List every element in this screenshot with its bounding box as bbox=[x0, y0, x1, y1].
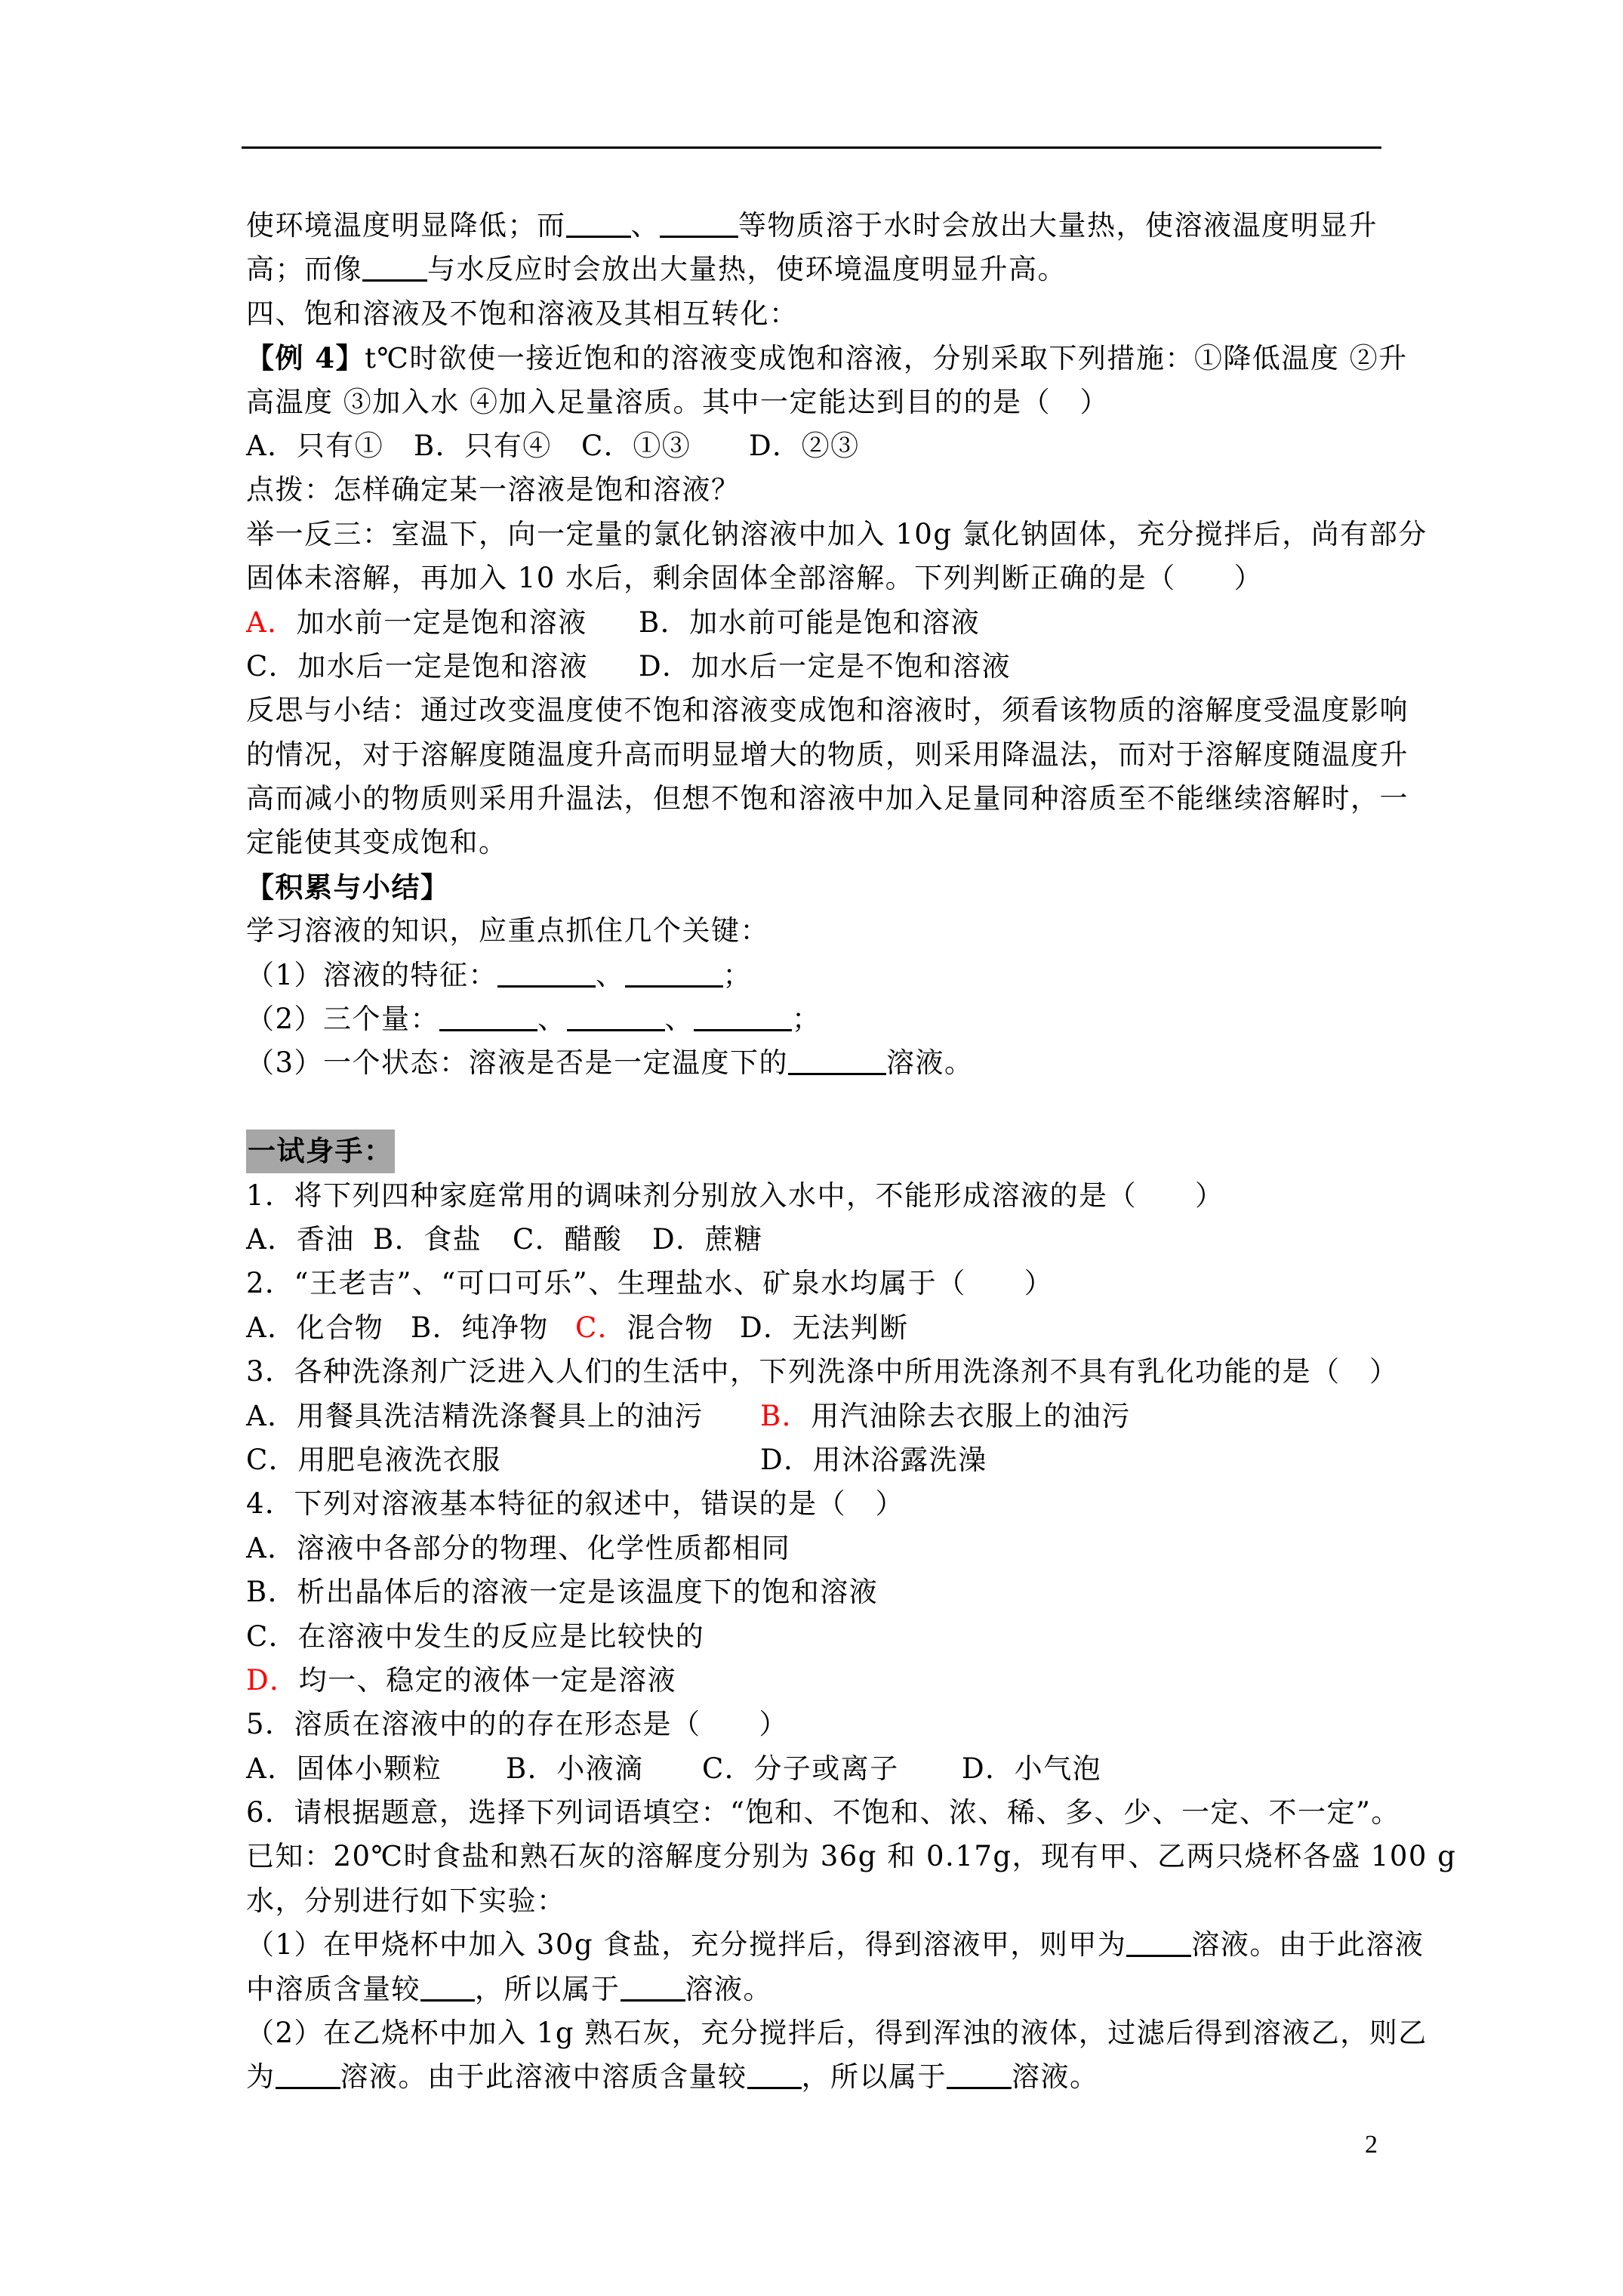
option-label: C． bbox=[246, 1444, 297, 1476]
option-text: 加水后一定是不饱和溶液 bbox=[691, 650, 1012, 683]
option-text: 香油 bbox=[297, 1223, 355, 1256]
summary-intro: 学习溶液的知识，应重点抓住几个关键： bbox=[246, 909, 1401, 953]
option-text: 用肥皂液洗衣服 bbox=[297, 1444, 501, 1476]
fill-blank[interactable] bbox=[439, 1005, 537, 1031]
fill-blank[interactable] bbox=[947, 2063, 1012, 2089]
spacer bbox=[246, 1086, 1401, 1130]
fill-blank[interactable] bbox=[788, 1049, 886, 1075]
option-text: 混合物 bbox=[627, 1311, 714, 1344]
option-c[interactable]: C．加水后一定是饱和溶液 bbox=[246, 645, 639, 689]
question-stem: 3．各种洗涤剂广泛进入人们的生活中，下列洗涤中所用洗涤剂不具有乳化功能的是（ ） bbox=[246, 1350, 1401, 1394]
option-row[interactable]: D．均一、稳定的液体一定是溶液 bbox=[246, 1659, 1401, 1703]
option-row: A．用餐具洗洁精洗涤餐具上的油污B．用汽油除去衣服上的油污 bbox=[246, 1395, 1401, 1438]
fill-blank[interactable] bbox=[747, 2063, 802, 2089]
option-row: C．加水后一定是饱和溶液D．加水后一定是不饱和溶液 bbox=[246, 645, 1401, 689]
option-text: 纯净物 bbox=[461, 1311, 549, 1344]
option-row[interactable]: B．析出晶体后的溶液一定是该温度下的饱和溶液 bbox=[246, 1570, 1401, 1614]
text: 使环境温度明显降低；而 bbox=[246, 209, 566, 242]
option-row: A．固体小颗粒B．小液滴C．分子或离子D．小气泡 bbox=[246, 1747, 1401, 1791]
option-b[interactable]: B．小液滴 bbox=[506, 1747, 702, 1791]
fill-blank[interactable] bbox=[694, 1005, 792, 1031]
option-d[interactable]: D．用沐浴露洗澡 bbox=[760, 1438, 987, 1482]
question-stem: 1．将下列四种家庭常用的调味剂分别放入水中，不能形成溶液的是（ ） bbox=[246, 1174, 1401, 1218]
option-a[interactable]: A．固体小颗粒 bbox=[246, 1747, 506, 1791]
option-label: B． bbox=[373, 1223, 423, 1256]
text: （3）一个状态：溶液是否是一定温度下的 bbox=[246, 1046, 788, 1079]
option-b[interactable]: B．用汽油除去衣服上的油污 bbox=[760, 1395, 1131, 1438]
option-label: A． bbox=[246, 1311, 297, 1344]
option-a[interactable]: A．加水前一定是饱和溶液 bbox=[246, 601, 639, 645]
option-text: 固体小颗粒 bbox=[297, 1752, 442, 1785]
text: 溶液。由于此溶液 bbox=[1191, 1928, 1424, 1961]
option-a[interactable]: A．化合物 bbox=[246, 1306, 411, 1350]
option-label-correct: D． bbox=[246, 1664, 299, 1697]
fill-blank[interactable] bbox=[1126, 1931, 1191, 1957]
option-a[interactable]: A．香油 bbox=[246, 1218, 373, 1262]
option-row[interactable]: A．溶液中各部分的物理、化学性质都相同 bbox=[246, 1527, 1401, 1570]
text: 中溶质含量较 bbox=[246, 1973, 420, 2005]
reflection-line: 高而减小的物质则采用升温法，但想不饱和溶液中加入足量同种溶质至不能继续溶解时，一 bbox=[246, 777, 1401, 821]
text: （1）溶液的特征： bbox=[246, 959, 497, 991]
text: 高；而像 bbox=[246, 253, 362, 285]
option-text: 用沐浴露洗澡 bbox=[813, 1444, 987, 1476]
option-text: 加水前一定是饱和溶液 bbox=[297, 606, 587, 639]
option-label: B． bbox=[246, 1576, 297, 1608]
option-label: A． bbox=[246, 1400, 297, 1432]
paragraph-line: 使环境温度明显降低；而、等物质溶于水时会放出大量热，使溶液温度明显升 bbox=[246, 204, 1401, 248]
example-line: 高温度 ③加入水 ④加入足量溶质。其中一定能达到目的的是（ ） bbox=[246, 381, 1401, 424]
text: 、 bbox=[596, 959, 625, 991]
paragraph-line: 高；而像与水反应时会放出大量热，使环境温度明显升高。 bbox=[246, 248, 1401, 291]
text: 、 bbox=[631, 209, 661, 242]
fill-blank[interactable] bbox=[420, 1975, 475, 2002]
header-rule bbox=[242, 146, 1381, 149]
option-label: C． bbox=[702, 1752, 753, 1785]
summary-item: （3）一个状态：溶液是否是一定温度下的溶液。 bbox=[246, 1041, 1401, 1085]
example-tag: 【例 4】 bbox=[246, 341, 365, 374]
fill-blank[interactable] bbox=[362, 255, 427, 282]
reflection-line: 定能使其变成饱和。 bbox=[246, 821, 1401, 864]
option-label: C． bbox=[246, 1620, 297, 1653]
practice-line: 固体未溶解，再加入 10 水后，剩余固体全部溶解。下列判断正确的是（ ） bbox=[246, 556, 1401, 600]
option-text: 只有① bbox=[297, 430, 384, 462]
question-stem: 4．下列对溶液基本特征的叙述中，错误的是（ ） bbox=[246, 1482, 1401, 1526]
fill-blank[interactable] bbox=[276, 2063, 340, 2089]
reflection-line: 反思与小结：通过改变温度使不饱和溶液变成饱和溶液时，须看该物质的溶解度受温度影响 bbox=[246, 689, 1401, 732]
text: 与水反应时会放出大量热，使环境温度明显升高。 bbox=[427, 253, 1067, 285]
option-d[interactable]: D．小气泡 bbox=[962, 1747, 1101, 1791]
option-label: A． bbox=[246, 1752, 297, 1785]
option-row: A．化合物B．纯净物C．混合物D．无法判断 bbox=[246, 1306, 1401, 1350]
option-text: ②③ bbox=[802, 430, 860, 462]
option-label: D． bbox=[962, 1752, 1015, 1785]
option-text: 用汽油除去衣服上的油污 bbox=[811, 1400, 1131, 1432]
fill-blank[interactable] bbox=[567, 1005, 665, 1031]
option-text: 在溶液中发生的反应是比较快的 bbox=[297, 1620, 704, 1653]
option-c[interactable]: C．混合物 bbox=[575, 1306, 740, 1350]
option-row: A．加水前一定是饱和溶液B．加水前可能是饱和溶液 bbox=[246, 601, 1401, 645]
summary-item: （1）溶液的特征：、； bbox=[246, 954, 1401, 997]
practice-line: 举一反三：室温下，向一定量的氯化钠溶液中加入 10g 氯化钠固体，充分搅拌后，尚… bbox=[246, 513, 1401, 556]
option-d[interactable]: D．加水后一定是不饱和溶液 bbox=[639, 645, 1011, 689]
option-label: D． bbox=[749, 430, 802, 462]
text: t℃时欲使一接近饱和的溶液变成饱和溶液，分别采取下列措施：①降低温度 ②升 bbox=[365, 342, 1408, 374]
option-text: 无法判断 bbox=[793, 1311, 909, 1344]
hint-line: 点拨：怎样确定某一溶液是饱和溶液？ bbox=[246, 468, 1401, 512]
option-row[interactable]: C．在溶液中发生的反应是比较快的 bbox=[246, 1615, 1401, 1659]
option-d[interactable]: D．无法判断 bbox=[740, 1306, 909, 1350]
text: 溶液。由于此溶液中溶质含量较 bbox=[340, 2060, 747, 2093]
question-stem: 6．请根据题意，选择下列词语填空：“饱和、不饱和、浓、稀、多、少、一定、不一定”… bbox=[246, 1791, 1401, 1835]
option-label: A． bbox=[246, 430, 297, 462]
question-part: 为溶液。由于此溶液中溶质含量较，所以属于溶液。 bbox=[246, 2055, 1401, 2099]
option-a[interactable]: A．只有① bbox=[246, 424, 414, 468]
option-label: C． bbox=[581, 430, 633, 462]
reflection-line: 的情况，对于溶解度随温度升高而明显增大的物质，则采用降温法，而对于溶解度随温度升 bbox=[246, 733, 1401, 777]
page-number: 2 bbox=[1365, 2131, 1378, 2159]
option-c[interactable]: C．用肥皂液洗衣服 bbox=[246, 1438, 760, 1482]
option-text: 只有④ bbox=[464, 430, 552, 462]
question-given: 水，分别进行如下实验： bbox=[246, 1879, 1401, 1923]
fill-blank[interactable] bbox=[660, 211, 738, 238]
option-text: 溶液中各部分的物理、化学性质都相同 bbox=[297, 1532, 791, 1564]
question-stem: 5．溶质在溶液中的的存在形态是（ ） bbox=[246, 1703, 1401, 1746]
text: ，所以属于 bbox=[475, 1973, 621, 2005]
question-part: （1）在甲烧杯中加入 30g 食盐，充分搅拌后，得到溶液甲，则甲为溶液。由于此溶… bbox=[246, 1923, 1401, 1967]
option-row: A．香油B．食盐C．醋酸D．蔗糖 bbox=[246, 1218, 1401, 1262]
option-label: B． bbox=[506, 1752, 556, 1785]
option-b[interactable]: B．只有④ bbox=[414, 424, 581, 468]
text: 溶液。 bbox=[685, 1973, 773, 2005]
text: ，所以属于 bbox=[802, 2060, 947, 2093]
option-label: B． bbox=[639, 606, 689, 639]
option-text: 小液滴 bbox=[556, 1752, 644, 1785]
text: 等物质溶于水时会放出大量热，使溶液温度明显升 bbox=[738, 209, 1378, 242]
option-label: B． bbox=[411, 1311, 461, 1344]
question-given: 已知：20℃时食盐和熟石灰的溶解度分别为 36g 和 0.17g，现有甲、乙两只… bbox=[246, 1835, 1401, 1878]
text: ； bbox=[723, 959, 753, 991]
option-label: D． bbox=[760, 1444, 813, 1476]
summary-item: （2）三个量：、、； bbox=[246, 997, 1401, 1041]
fill-blank[interactable] bbox=[621, 1975, 685, 2002]
option-text: 醋酸 bbox=[564, 1223, 622, 1256]
text: 溶液。 bbox=[886, 1046, 974, 1079]
fill-blank[interactable] bbox=[566, 211, 631, 238]
text: 、 bbox=[537, 1003, 567, 1035]
option-c[interactable]: C．分子或离子 bbox=[702, 1747, 962, 1791]
option-label-correct: A． bbox=[246, 606, 297, 639]
option-label: C． bbox=[513, 1223, 564, 1256]
example-line: 【例 4】t℃时欲使一接近饱和的溶液变成饱和溶液，分别采取下列措施：①降低温度 … bbox=[246, 336, 1401, 380]
option-c[interactable]: C．①③ bbox=[581, 424, 749, 468]
option-text: 析出晶体后的溶液一定是该温度下的饱和溶液 bbox=[297, 1576, 878, 1608]
option-label: B． bbox=[414, 430, 464, 462]
option-text: 小气泡 bbox=[1015, 1752, 1102, 1785]
option-text: 加水前可能是饱和溶液 bbox=[689, 606, 980, 639]
summary-heading: 【积累与小结】 bbox=[246, 865, 1401, 909]
text: 、 bbox=[665, 1003, 694, 1035]
question-stem: 2．“王老吉”、“可口可乐”、生理盐水、矿泉水均属于（ ） bbox=[246, 1262, 1401, 1305]
option-label: D． bbox=[740, 1311, 793, 1344]
text: 溶液。 bbox=[1012, 2060, 1099, 2093]
option-c[interactable]: C．醋酸 bbox=[513, 1218, 652, 1262]
option-text: 化合物 bbox=[297, 1311, 384, 1344]
option-label: A． bbox=[246, 1532, 297, 1564]
text: （2）三个量： bbox=[246, 1003, 439, 1035]
option-text: 均一、稳定的液体一定是溶液 bbox=[299, 1664, 677, 1697]
text: ； bbox=[792, 1003, 821, 1035]
text: 为 bbox=[246, 2060, 276, 2093]
section-heading: 四、饱和溶液及不饱和溶液及其相互转化： bbox=[246, 292, 1401, 336]
option-d[interactable]: D．蔗糖 bbox=[652, 1218, 763, 1262]
question-part: （2）在乙烧杯中加入 1g 熟石灰，充分搅拌后，得到浑浊的液体，过滤后得到溶液乙… bbox=[246, 2011, 1401, 2055]
option-d[interactable]: D．②③ bbox=[749, 424, 860, 468]
option-a[interactable]: A．用餐具洗洁精洗涤餐具上的油污 bbox=[246, 1395, 760, 1438]
option-row: A．只有①B．只有④C．①③D．②③ bbox=[246, 424, 1401, 468]
option-b[interactable]: B．加水前可能是饱和溶液 bbox=[639, 601, 980, 645]
question-part: 中溶质含量较，所以属于溶液。 bbox=[246, 1968, 1401, 2011]
option-text: 加水后一定是饱和溶液 bbox=[297, 650, 588, 683]
text: （1）在甲烧杯中加入 30g 食盐，充分搅拌后，得到溶液甲，则甲为 bbox=[246, 1928, 1126, 1961]
option-label: D． bbox=[652, 1223, 705, 1256]
option-label: D． bbox=[639, 650, 691, 683]
fill-blank[interactable] bbox=[625, 961, 723, 988]
exercises-heading: 一试身手： bbox=[246, 1130, 395, 1173]
option-text: ①③ bbox=[633, 430, 691, 462]
option-text: 蔗糖 bbox=[705, 1223, 763, 1256]
option-text: 用餐具洗洁精洗涤餐具上的油污 bbox=[297, 1400, 704, 1432]
option-label: C． bbox=[246, 650, 297, 683]
option-row: C．用肥皂液洗衣服D．用沐浴露洗澡 bbox=[246, 1438, 1401, 1482]
option-label: A． bbox=[246, 1223, 297, 1256]
page-content: 使环境温度明显降低；而、等物质溶于水时会放出大量热，使溶液温度明显升 高；而像与… bbox=[246, 204, 1401, 2100]
exercises-heading-row: 一试身手： bbox=[246, 1130, 1401, 1173]
fill-blank[interactable] bbox=[497, 961, 596, 988]
option-text: 食盐 bbox=[423, 1223, 482, 1256]
option-text: 分子或离子 bbox=[753, 1752, 899, 1785]
option-b[interactable]: B．纯净物 bbox=[411, 1306, 575, 1350]
option-label-correct: B． bbox=[760, 1400, 811, 1432]
option-b[interactable]: B．食盐 bbox=[373, 1218, 513, 1262]
option-label-correct: C． bbox=[575, 1311, 627, 1344]
